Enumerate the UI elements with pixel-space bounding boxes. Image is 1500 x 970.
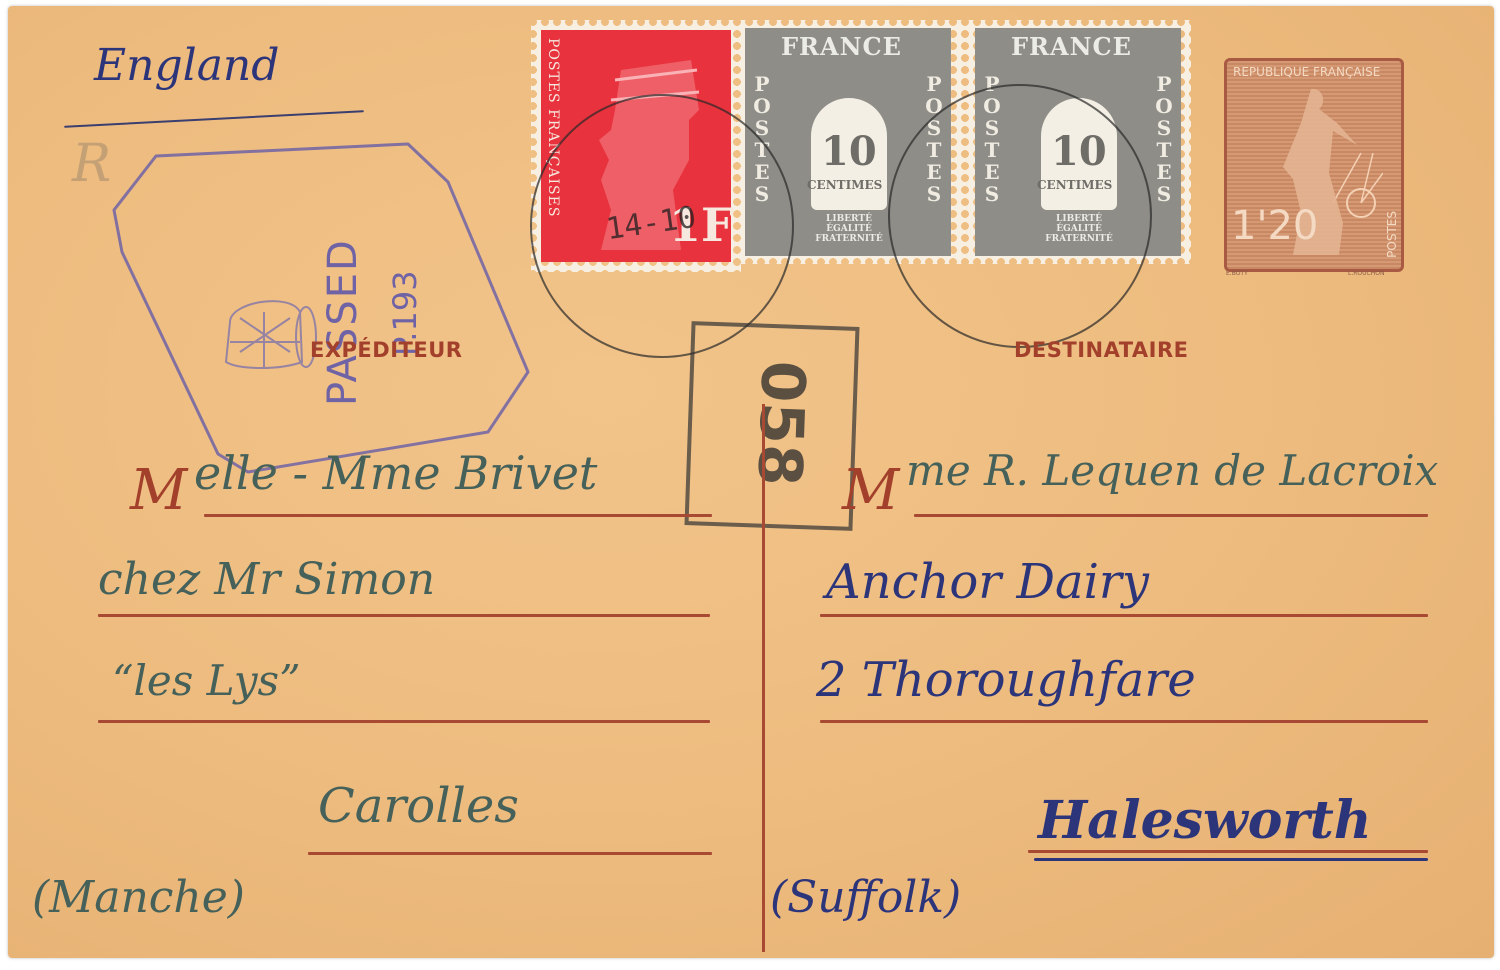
stamp-arc-2-postes-right: POSTES: [1153, 72, 1175, 204]
recipient-label: DESTINATAIRE: [1014, 338, 1189, 362]
recipient-rule-3: [820, 720, 1428, 723]
sender-label: EXPÉDITEUR: [310, 338, 462, 362]
indicia-imprint-right: L.ROUCHON: [1348, 270, 1384, 277]
indicia-semeuse: REPUBLIQUE FRANÇAISE 1'20 POSTES: [1224, 58, 1404, 272]
postmark-circle-2: [888, 84, 1152, 348]
country-underline: [64, 110, 364, 128]
recipient-double-underline: [1034, 858, 1428, 861]
sender-line-5: (Manche): [32, 872, 245, 923]
indicia-postes: POSTES: [1385, 211, 1399, 258]
recipient-rule-2: [820, 614, 1428, 617]
sender-prefix: M: [130, 458, 187, 523]
indicia-imprint-left: E.BOTY: [1226, 270, 1248, 277]
recipient-line-4: Halesworth: [1038, 790, 1372, 851]
examiner-number: 058: [744, 359, 818, 487]
recipient-prefix: M: [842, 458, 899, 523]
sender-rule-1: [204, 514, 712, 517]
sender-rule-3: [98, 720, 710, 723]
recipient-rule-1: [914, 514, 1428, 517]
sender-line-1: elle - Mme Brivet: [194, 446, 597, 500]
sender-rule-2: [98, 614, 710, 617]
stamp-arc-1-motto: LIBERTÉÉGALITÉFRATERNITÉ: [807, 214, 891, 244]
sender-line-4: Carolles: [318, 778, 519, 834]
stamp-arc-1-value: 10: [821, 128, 877, 175]
pencil-registration-mark: R: [72, 134, 111, 194]
indicia-header: REPUBLIQUE FRANÇAISE: [1233, 65, 1380, 79]
stamp-arc-1-country: FRANCE: [781, 32, 902, 61]
examiner-box: 058: [684, 321, 859, 531]
recipient-line-5: (Suffolk): [770, 872, 961, 923]
sender-rule-4: [308, 852, 712, 855]
destination-country: England: [94, 40, 279, 91]
postcard: England R PASSED P.193 POSTES FRANÇAISES…: [8, 6, 1494, 958]
censor-passed-text: PASSED: [320, 238, 366, 406]
recipient-line-2: Anchor Dairy: [826, 554, 1149, 610]
center-divider: [762, 404, 765, 952]
recipient-line-3: 2 Thoroughfare: [816, 652, 1196, 708]
stamp-arc-2-country: FRANCE: [1011, 32, 1132, 61]
recipient-line-1: me R. Lequen de Lacroix: [906, 446, 1438, 495]
indicia-value: 1'20: [1231, 203, 1318, 249]
sender-line-3: “les Lys”: [112, 656, 301, 705]
sender-line-2: chez Mr Simon: [98, 554, 435, 605]
stamp-arc-1-unit: CENTIMES: [807, 178, 882, 192]
crown-icon: [226, 301, 316, 368]
recipient-rule-4: [1028, 850, 1428, 853]
